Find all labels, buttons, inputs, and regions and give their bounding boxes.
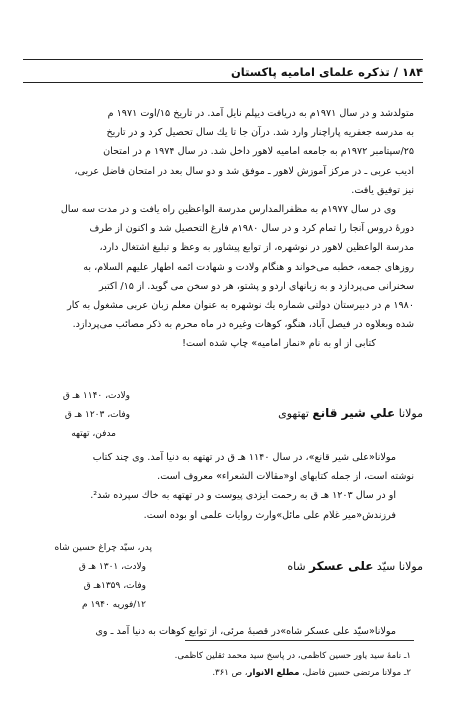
text-line: نیز توفیق یافت. <box>40 181 414 200</box>
text-line: ۲۵/سپتامبر ۱۹۷۲م به جامعه امامیه لاهور د… <box>40 142 414 161</box>
text-line: روزهای جمعه، خطبه می‌خواند و هنگام ولادت… <box>40 258 414 277</box>
text-line: مدرسة الواعظین لاهور در نوشهره، از توابع… <box>40 238 414 257</box>
biography-2-heading: مولانا سیّد علی عسکر شاه <box>287 559 423 573</box>
birth-date: ولادت، ۱۱۴۰ هـ ق <box>40 387 130 406</box>
name-suffix: شاه <box>287 560 305 573</box>
text-line: دورهٔ دروس آنجا را تمام کرد و در سال ۱۹۸… <box>40 219 414 238</box>
name-prefix: مولانا سیّد <box>377 560 423 573</box>
footnote-2: ۲ـ مولانا مرتضی حسین فاضل، مطلع الانوار،… <box>175 665 411 682</box>
header-top-rule <box>23 59 423 60</box>
text-line: مولانا«علی شیر قانع»، در سال ۱۱۴۰ هـ ق د… <box>40 448 414 467</box>
death-date: وفات، ۱۳۵۹هـ ق <box>40 577 152 596</box>
text-line: کتابی از او به نام «نماز امامیه» چاپ شده… <box>40 334 414 353</box>
text-line: او در سال ۱۲۰۳ هـ ق به رحمت ایزدی پیوست … <box>40 486 414 505</box>
text-line: متولدشد و در سال ۱۹۷۱م به دریافت دیپلم ن… <box>40 104 414 123</box>
text-line: نوشته است، از جمله کتابهای او«مقالات الش… <box>40 467 414 486</box>
footnote-2-source: مطلع الانوار <box>248 668 300 678</box>
text-line: مولانا«سیّد علی عسکر شاه»در قصبهٔ مرئی، … <box>40 622 414 641</box>
header-separator: / <box>394 65 398 79</box>
paragraph-career: وی در سال ۱۹۷۷م به مظفرالمدارس مدرسة الو… <box>40 200 414 354</box>
text-line: به مدرسه جعفریه پاراچنار وارد شد. درآن ج… <box>40 123 414 142</box>
birth-date: ولادت، ۱۳۰۱ هـ ق <box>40 558 152 577</box>
book-title: تذکره علمای امامیه پاکستان <box>231 65 390 79</box>
page-number: ۱۸۴ <box>402 65 423 79</box>
biography-1-text: مولانا«علی شیر قانع»، در سال ۱۱۴۰ هـ ق د… <box>40 448 414 525</box>
name-bold: علي شير قانع <box>312 406 395 420</box>
burial-place: مدفن، تهتهه <box>40 425 130 444</box>
book-page: ۱۸۴ / تذکره علمای امامیه پاکستان متولدشد… <box>0 0 463 706</box>
name-bold: علی عسکر <box>309 559 373 573</box>
footnote-2-page: ، ص ۳۶۱. <box>212 668 247 678</box>
biography-1-meta: ولادت، ۱۱۴۰ هـ ق وفات، ۱۲۰۳ هـ ق مدفن، ت… <box>40 387 130 444</box>
biography-2-meta: پدر، سیّد چراغ حسین شاه ولادت، ۱۳۰۱ هـ ق… <box>40 539 152 615</box>
footnote-2-author: ۲ـ مولانا مرتضی حسین فاضل، <box>299 668 411 678</box>
footnote-1: ۱ـ نامهٔ سید یاور حسین کاظمی، در پاسخ سی… <box>175 648 411 665</box>
paragraph-education: متولدشد و در سال ۱۹۷۱م به دریافت دیپلم ن… <box>40 104 414 200</box>
running-header: ۱۸۴ / تذکره علمای امامیه پاکستان <box>231 65 423 79</box>
death-date-gregorian: ۱۲/فوریه ۱۹۴۰ م <box>40 596 152 615</box>
father-name: پدر، سیّد چراغ حسین شاه <box>40 539 152 558</box>
biography-1-heading: مولانا علي شير قانع تهتهوی <box>278 406 423 420</box>
header-bottom-rule <box>23 82 423 83</box>
text-line: ۱۹۸۰ م در دبیرستان دولتی شماره یك نوشهره… <box>40 296 414 315</box>
text-line: سخنرانی می‌پردازد و به زبانهای اردو و پش… <box>40 277 414 296</box>
footnotes: ۱ـ نامهٔ سید یاور حسین کاظمی، در پاسخ سی… <box>175 648 411 682</box>
name-suffix: تهتهوی <box>278 407 309 420</box>
text-line: وی در سال ۱۹۷۷م به مظفرالمدارس مدرسة الو… <box>40 200 414 219</box>
text-line: شده وبعلاوه در فیصل آباد، هنگو، کوهات وغ… <box>40 315 414 334</box>
biography-2-text: مولانا«سیّد علی عسکر شاه»در قصبهٔ مرئی، … <box>40 622 414 641</box>
text-line: فرزندش«میر غلام علی مائل»وارث روایات علم… <box>40 506 414 525</box>
name-prefix: مولانا <box>399 407 423 420</box>
death-date: وفات، ۱۲۰۳ هـ ق <box>40 406 130 425</box>
footnote-rule <box>185 640 414 641</box>
text-line: ادیب عربی ـ در مرکز آموزش لاهور ـ موفق ش… <box>40 162 414 181</box>
